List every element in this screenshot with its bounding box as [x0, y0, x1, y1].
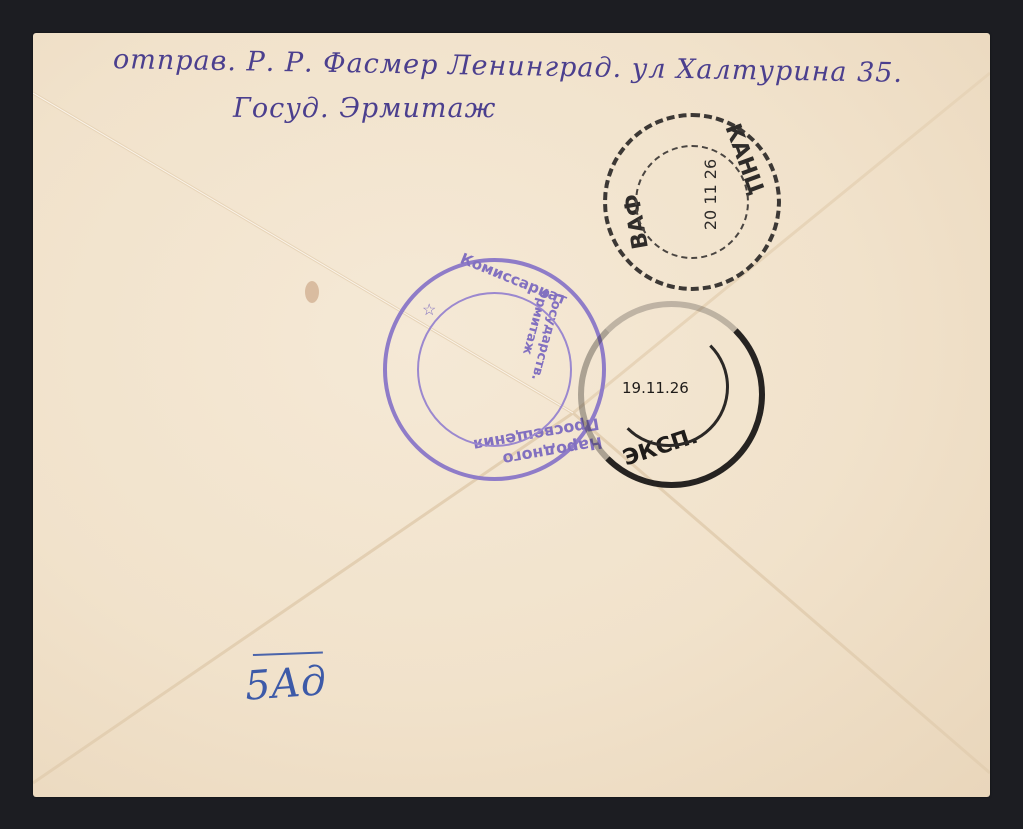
postmark-upper-date: 20 11 26 — [701, 159, 720, 230]
seal-center-text: Государств. Эрмитаж — [501, 287, 565, 427]
postmark-upper-ring-left: ВАФ — [620, 192, 654, 251]
postmark-upper: ВАФ КАНЦ 20 11 26 — [603, 113, 781, 291]
sender-institution-line: Госуд. Эрмитаж — [233, 93, 496, 124]
bottom-handwritten-note: 5Ад — [243, 658, 327, 710]
postmark-lower-date: 19.11.26 — [622, 379, 689, 397]
paper-stain — [305, 281, 319, 303]
commissariat-seal: ☆ Комиссариат Государств. Эрмитаж Народн… — [383, 258, 606, 481]
star-icon: ☆ — [422, 300, 436, 319]
envelope-back: отправ. Р. Р. Фасмер Ленинград. ул Халту… — [33, 33, 990, 797]
postmark-lower-ring-text: ЭКСП. — [620, 424, 701, 472]
postmark-lower: 19.11.26 ЭКСП. — [578, 301, 765, 488]
